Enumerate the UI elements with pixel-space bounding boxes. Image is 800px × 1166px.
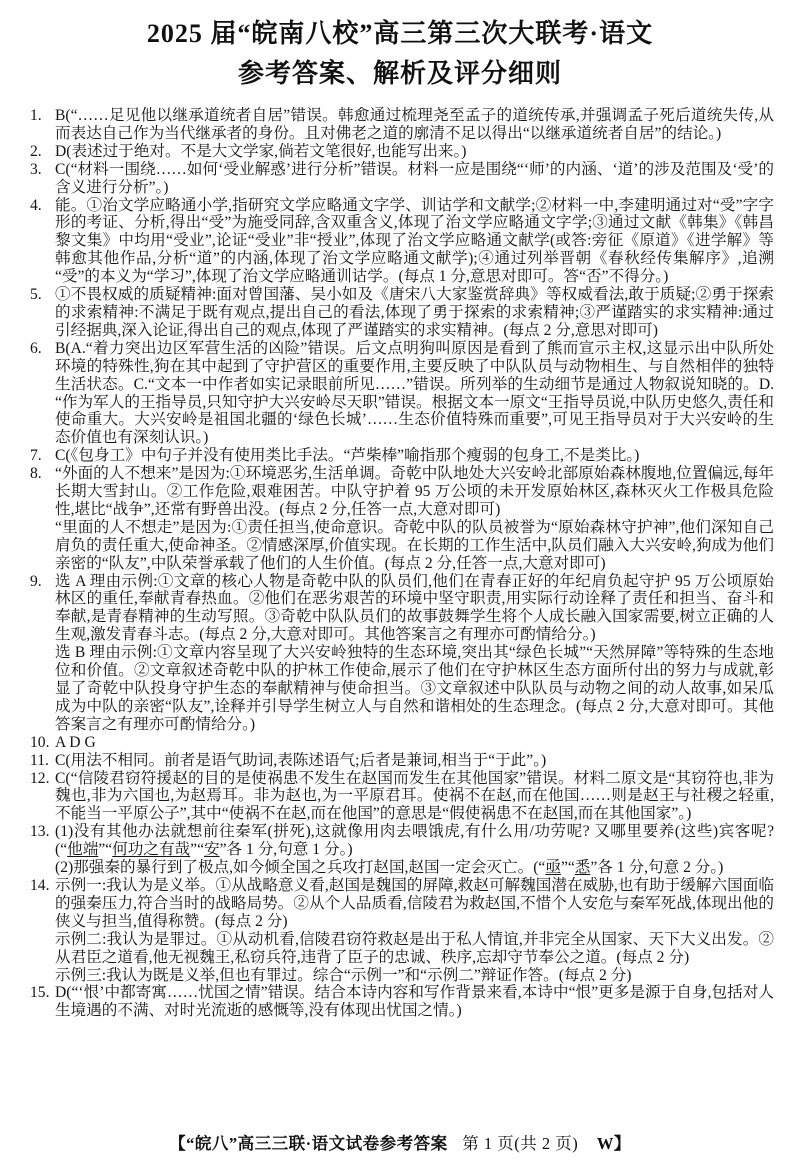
answer-number: 15. [30,984,50,1002]
answer-number: 1. [30,107,42,125]
answer-paragraph: B(“……足见他以继承道统者自居”错误。韩愈通过梳理尧至孟子的道统传承,并强调孟… [55,107,774,143]
answer-number: 9. [30,573,42,591]
answer-number: 14. [30,877,50,895]
answer-number: 12. [30,770,50,788]
answer-paragraph: 示例一:我认为是义举。①从战略意义看,赵国是魏国的屏障,救赵可解魏国潜在威胁,也… [55,877,774,931]
answer-item-14: 14.示例一:我认为是义举。①从战略意义看,赵国是魏国的屏障,救赵可解魏国潜在威… [30,877,774,984]
answer-number: 11. [30,752,49,770]
answer-paragraph: 示例三:我认为既是义举,但也有罪过。综合“示例一”和“示例二”辩证作答。(每点 … [55,967,774,985]
answer-paragraph: D(“‘恨’中都寄寓……忧国之情”错误。结合本诗内容和写作背景来看,本诗中“恨”… [55,984,774,1020]
answer-number: 4. [30,197,42,215]
answer-item-1: 1.B(“……足见他以继承道统者自居”错误。韩愈通过梳理尧至孟子的道统传承,并强… [30,107,774,143]
answer-item-9: 9.选 A 理由示例:①文章的核心人物是奇乾中队的队员们,他们在青春正好的年纪肩… [30,573,774,734]
answer-paragraph: 能。①治文学应略通小学,指研究文学应略通文字学、训诂学和文献学;②材料一中,李建… [55,197,774,287]
answers-list: 1.B(“……足见他以继承道统者自居”错误。韩愈通过梳理尧至孟子的道统传承,并强… [30,107,774,1020]
answer-item-13: 13.(1)没有其他办法就想前往秦军(拼死),这就像用肉去喂饿虎,有什么用/功劳… [30,823,774,877]
answer-item-12: 12.C(“信陵君窃符援赵的目的是使祸患不发生在赵国而发生在其他国家”错误。材料… [30,770,774,824]
answer-item-4: 4.能。①治文学应略通小学,指研究文学应略通文字学、训诂学和文献学;②材料一中,… [30,197,774,287]
answer-paragraph: 选 A 理由示例:①文章的核心人物是奇乾中队的队员们,他们在青春正好的年纪肩负起… [55,573,774,645]
exam-answer-sheet-page: 2025 届“皖南八校”高三第三次大联考·语文 参考答案、解析及评分细则 1.B… [0,0,800,1166]
answer-number: 2. [30,143,42,161]
answer-paragraph: 示例二:我认为是罪过。①从动机看,信陵君窃符救赵是出于私人情谊,并非完全从国家、… [55,931,774,967]
answer-paragraph: A D G [55,734,774,752]
answer-paragraph: 选 B 理由示例:①文章内容呈现了大兴安岭独特的生态环境,突出其“绿色长城”“天… [55,644,774,734]
answer-number: 13. [30,823,50,841]
answer-number: 3. [30,161,42,179]
answer-paragraph: B(A.“着力突出边区军营生活的凶险”错误。后文点明狗叫原因是看到了熊而宣示主权… [55,340,774,447]
answer-item-11: 11.C(用法不相同。前者是语气助词,表陈述语气;后者是兼词,相当于“于此”。) [30,752,774,770]
page-title-line2: 参考答案、解析及评分细则 [0,54,800,94]
answer-paragraph: C(“材料一围绕……如何‘受业解惑’进行分析”错误。材料一应是围绕“‘师’的内涵… [55,161,774,197]
answer-paragraph: C(用法不相同。前者是语气助词,表陈述语气;后者是兼词,相当于“于此”。) [55,752,774,770]
answer-paragraph: (1)没有其他办法就想前往秦军(拼死),这就像用肉去喂饿虎,有什么用/功劳呢? … [55,823,774,859]
answer-item-15: 15.D(“‘恨’中都寄寓……忧国之情”错误。结合本诗内容和写作背景来看,本诗中… [30,984,774,1020]
answer-number: 10. [30,734,50,752]
answer-number: 5. [30,286,42,304]
page-title-line1: 2025 届“皖南八校”高三第三次大联考·语文 [0,14,800,54]
answer-number: 6. [30,340,42,358]
answer-item-2: 2.D(表述过于绝对。不是大文学家,倘若文笔很好,也能写出来。) [30,143,774,161]
footer-document-title: 【“皖八”高三三联·语文试卷参考答案 [169,1134,448,1153]
page-footer: 【“皖八”高三三联·语文试卷参考答案 第 1 页(共 2 页) W】 [0,1130,800,1154]
answer-paragraph: D(表述过于绝对。不是大文学家,倘若文笔很好,也能写出来。) [55,143,774,161]
answer-number: 7. [30,447,42,465]
footer-version-mark: W】 [597,1134,631,1153]
answer-paragraph: C(“信陵君窃符援赵的目的是使祸患不发生在赵国而发生在其他国家”错误。材料二原文… [55,770,774,824]
answer-item-6: 6.B(A.“着力突出边区军营生活的凶险”错误。后文点明狗叫原因是看到了熊而宣示… [30,340,774,447]
answer-paragraph: “里面的人不想走”是因为:①责任担当,使命意识。奇乾中队的队员被誉为“原始森林守… [55,519,774,573]
document-header: 2025 届“皖南八校”高三第三次大联考·语文 参考答案、解析及评分细则 [0,0,800,94]
answer-paragraph: (2)那强秦的暴行到了极点,如今倾全国之兵攻打赵国,赵国一定会灭亡。(“亟”“悉… [55,859,774,877]
answer-number: 8. [30,465,42,483]
answer-item-5: 5.①不畏权威的质疑精神:面对曾国藩、吴小如及《唐宋八大家鉴赏辞典》等权威看法,… [30,286,774,340]
answer-item-7: 7.C(《包身工》中句子并没有使用类比手法。“芦柴棒”喻指那个瘦弱的包身工,不是… [30,447,774,465]
answer-paragraph: “外面的人不想来”是因为:①环境恶劣,生活单调。奇乾中队地处大兴安岭北部原始森林… [55,465,774,519]
answer-item-8: 8.“外面的人不想来”是因为:①环境恶劣,生活单调。奇乾中队地处大兴安岭北部原始… [30,465,774,572]
answer-paragraph: C(《包身工》中句子并没有使用类比手法。“芦柴棒”喻指那个瘦弱的包身工,不是类比… [55,447,774,465]
answer-paragraph: ①不畏权威的质疑精神:面对曾国藩、吴小如及《唐宋八大家鉴赏辞典》等权威看法,敢于… [55,286,774,340]
footer-page-number: 第 1 页(共 2 页) [462,1134,578,1153]
answer-item-3: 3.C(“材料一围绕……如何‘受业解惑’进行分析”错误。材料一应是围绕“‘师’的… [30,161,774,197]
answer-item-10: 10.A D G [30,734,774,752]
